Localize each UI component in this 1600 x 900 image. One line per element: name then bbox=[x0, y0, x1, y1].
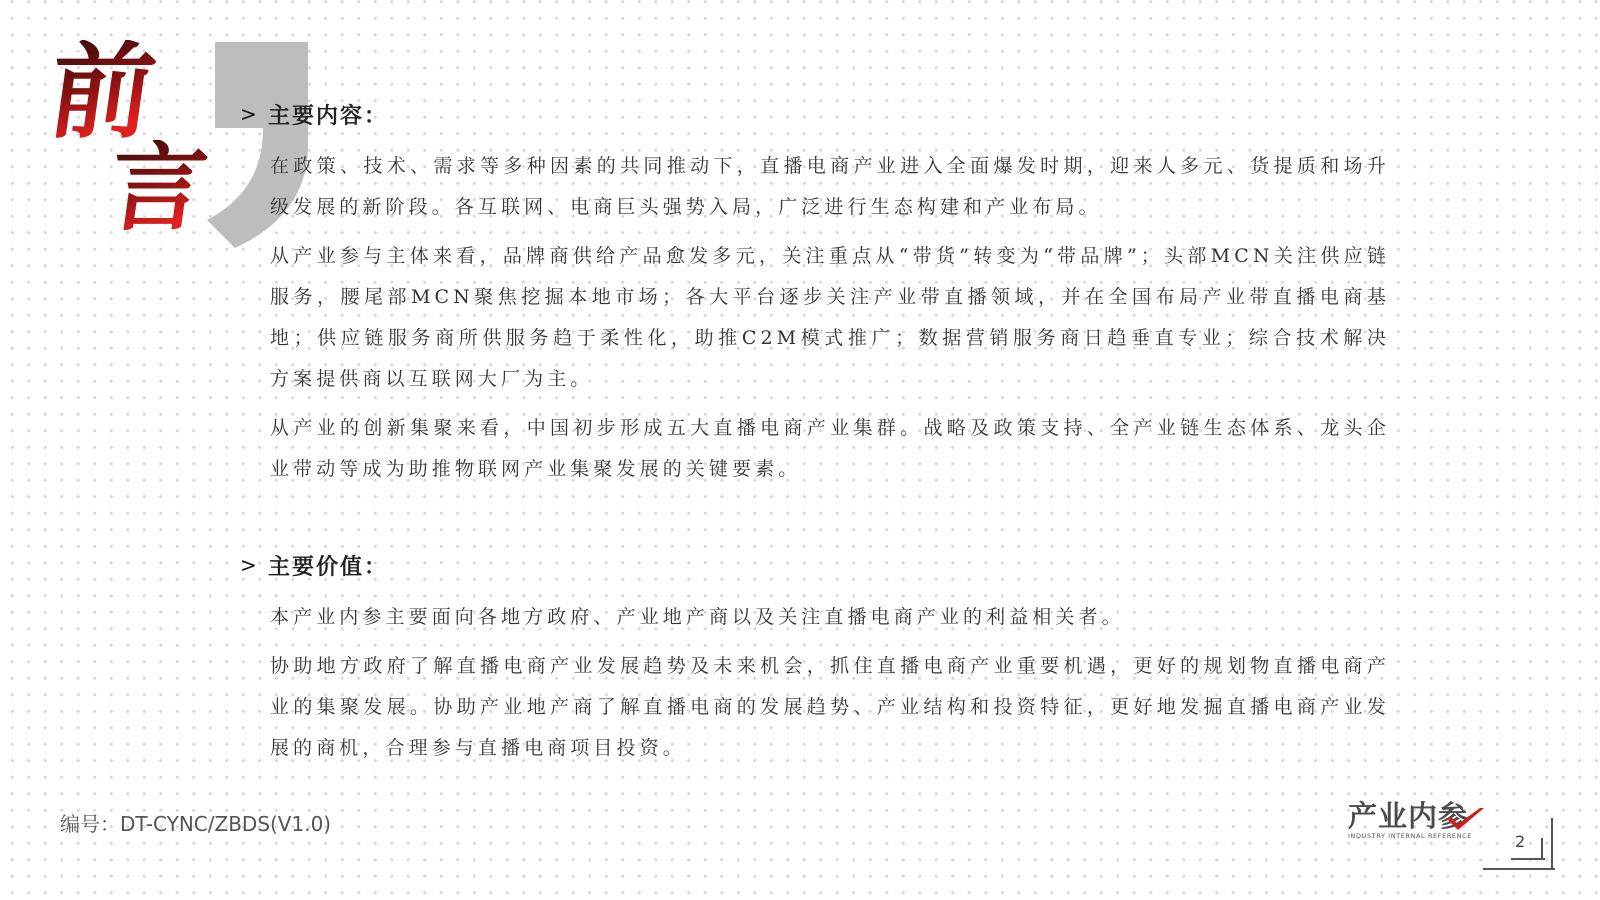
paragraph: 本产业内参主要面向各地方政府、产业地产商以及关注直播电商产业的利益相关者。 bbox=[270, 597, 1390, 638]
logo-text-en: INDUSTRY INTERNAL REFERENCE bbox=[1348, 832, 1490, 840]
page-number: 2 bbox=[1515, 832, 1525, 851]
section-heading-label: 主要价值： bbox=[268, 550, 388, 581]
section-heading-label: 主要内容： bbox=[268, 99, 388, 130]
paragraph: 从产业参与主体来看，品牌商供给产品愈发多元，关注重点从“带货”转变为“带品牌”；… bbox=[270, 236, 1390, 400]
chevron-right-icon: > bbox=[240, 102, 268, 126]
title-char-qian: 前 bbox=[43, 40, 162, 144]
chevron-right-icon: > bbox=[240, 553, 268, 577]
section-heading: > 主要价值： bbox=[240, 547, 1390, 583]
title-char-yan: 言 bbox=[103, 140, 212, 236]
section-heading: > 主要内容： bbox=[240, 96, 1390, 132]
paragraph: 协助地方政府了解直播电商产业发展趋势及未来机会，抓住直播电商产业重要机遇，更好的… bbox=[270, 646, 1390, 769]
brand-logo: 产业内参 INDUSTRY INTERNAL REFERENCE bbox=[1348, 800, 1490, 840]
paragraph: 从产业的创新集聚来看，中国初步形成五大直播电商产业集群。战略及政策支持、全产业链… bbox=[270, 408, 1390, 490]
paragraph: 在政策、技术、需求等多种因素的共同推动下，直播电商产业进入全面爆发时期，迎来人多… bbox=[270, 146, 1390, 228]
document-code: 编号：DT-CYNC/ZBDS(V1.0) bbox=[60, 808, 331, 837]
logo-text-cn: 产业内参 bbox=[1348, 800, 1490, 832]
checkmark-icon bbox=[1444, 806, 1486, 832]
section-main-content: > 主要内容： 在政策、技术、需求等多种因素的共同推动下，直播电商产业进入全面爆… bbox=[240, 96, 1390, 498]
section-main-value: > 主要价值： 本产业内参主要面向各地方政府、产业地产商以及关注直播电商产业的利… bbox=[240, 547, 1390, 777]
